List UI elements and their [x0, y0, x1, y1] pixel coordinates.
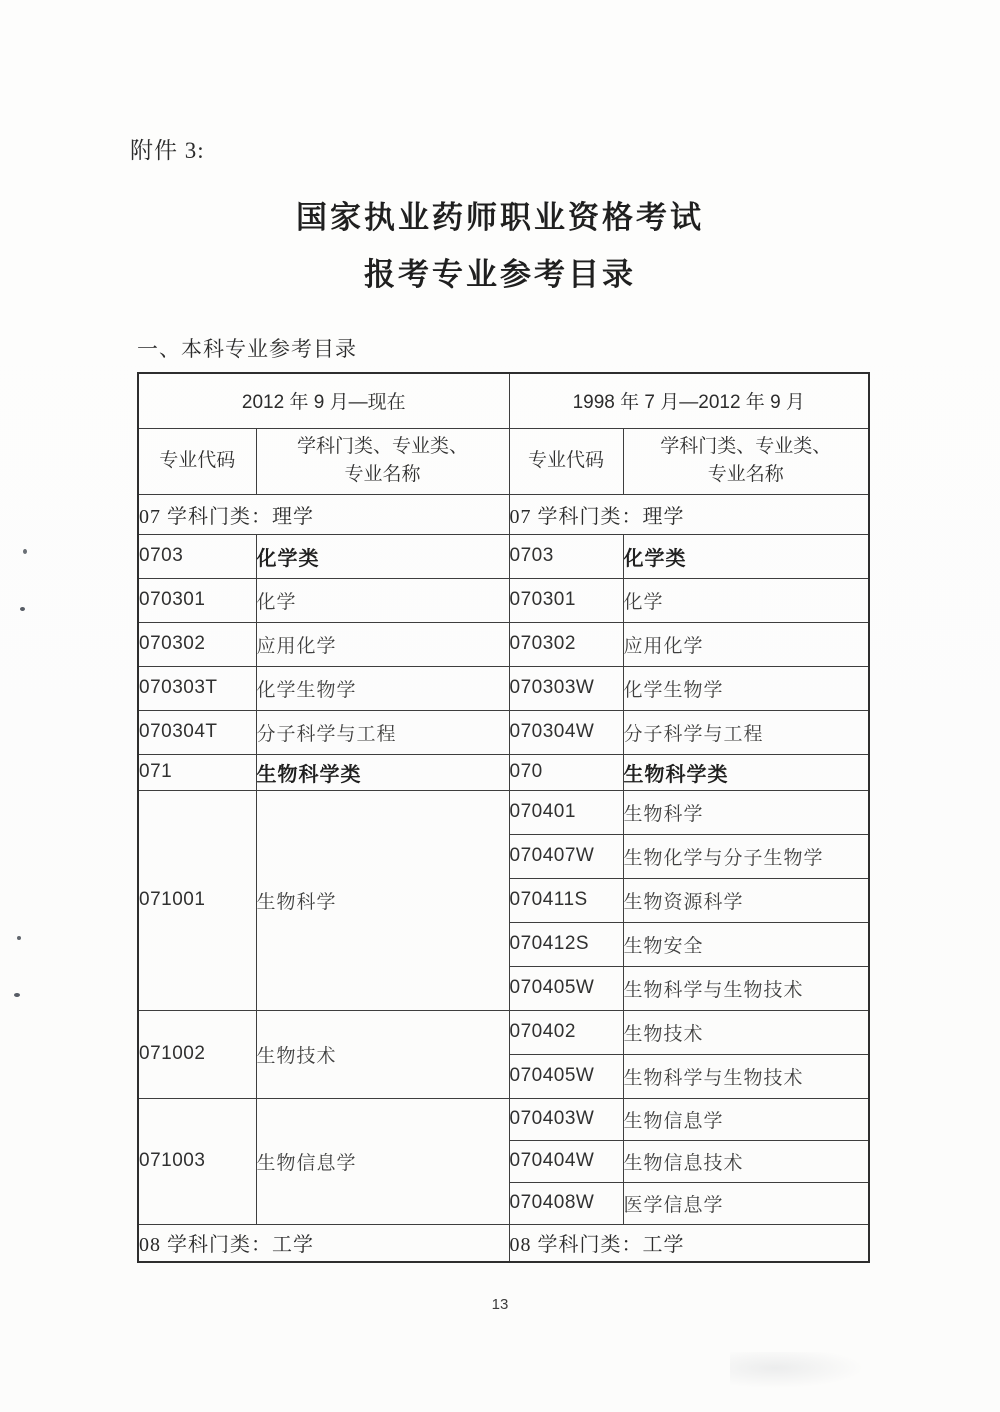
code-cell: 0703 [138, 534, 256, 578]
section-cell-left: 08 学科门类：工学 [138, 1224, 509, 1262]
page-number: 13 [0, 1296, 1000, 1313]
attachment-label: 附件 3: [130, 132, 205, 165]
code-cell: 070405W [509, 966, 623, 1010]
code-cell: 070 [509, 754, 623, 790]
name-cell: 生物信息技术 [623, 1140, 869, 1182]
column-header-name-line2: 专业名称 [624, 461, 869, 489]
code-cell: 070402 [509, 1010, 623, 1054]
column-header-code-left: 专业代码 [138, 428, 256, 494]
major-reference-table: 2012 年 9 月—现在 1998 年 7 月—2012 年 9 月 专业代码… [137, 372, 870, 1263]
name-cell: 化学 [623, 578, 869, 622]
column-header-row: 专业代码 学科门类、专业类、 专业名称 专业代码 学科门类、专业类、 专业名称 [138, 428, 869, 494]
period-header-left: 2012 年 9 月—现在 [138, 373, 509, 428]
table-row: 070303T 化学生物学 070303W 化学生物学 [138, 666, 869, 710]
code-cell: 070407W [509, 834, 623, 878]
name-cell: 生物技术 [256, 1010, 509, 1098]
name-cell: 分子科学与工程 [623, 710, 869, 754]
code-cell: 070405W [509, 1054, 623, 1098]
code-cell: 070412S [509, 922, 623, 966]
name-cell: 生物信息学 [623, 1098, 869, 1140]
code-cell: 070411S [509, 878, 623, 922]
code-cell: 071001 [138, 790, 256, 1010]
name-cell: 生物化学与分子生物学 [623, 834, 869, 878]
code-cell: 070301 [509, 578, 623, 622]
scan-speck [23, 549, 27, 554]
table-row: 070302 应用化学 070302 应用化学 [138, 622, 869, 666]
name-cell: 医学信息学 [623, 1182, 869, 1224]
period-header-row: 2012 年 9 月—现在 1998 年 7 月—2012 年 9 月 [138, 373, 869, 428]
table-row: 070304T 分子科学与工程 070304W 分子科学与工程 [138, 710, 869, 754]
code-cell: 071003 [138, 1098, 256, 1224]
name-cell: 分子科学与工程 [256, 710, 509, 754]
name-cell: 生物科学 [623, 790, 869, 834]
code-cell: 071 [138, 754, 256, 790]
section-cell-left: 07 学科门类：理学 [138, 494, 509, 534]
document-page: 附件 3: 国家执业药师职业资格考试 报考专业参考目录 一、本科专业参考目录 2… [0, 0, 1000, 1412]
name-cell: 应用化学 [623, 622, 869, 666]
name-cell: 生物科学类 [623, 754, 869, 790]
table-row: 071 生物科学类 070 生物科学类 [138, 754, 869, 790]
column-header-name-line1: 学科门类、专业类、 [257, 433, 509, 461]
name-cell: 生物信息学 [256, 1098, 509, 1224]
code-cell: 070408W [509, 1182, 623, 1224]
column-header-name-right: 学科门类、专业类、 专业名称 [623, 428, 869, 494]
name-cell: 生物科学与生物技术 [623, 966, 869, 1010]
code-cell: 0703 [509, 534, 623, 578]
name-cell: 生物技术 [623, 1010, 869, 1054]
section-cell-right: 08 学科门类：工学 [509, 1224, 869, 1262]
period-header-right: 1998 年 7 月—2012 年 9 月 [509, 373, 869, 428]
name-cell: 化学类 [256, 534, 509, 578]
table-row: 0703 化学类 0703 化学类 [138, 534, 869, 578]
code-cell: 070302 [509, 622, 623, 666]
name-cell: 生物科学类 [256, 754, 509, 790]
code-cell: 070304T [138, 710, 256, 754]
name-cell: 应用化学 [256, 622, 509, 666]
section-heading: 一、本科专业参考目录 [137, 333, 357, 363]
scan-speck [17, 936, 21, 940]
code-cell: 070302 [138, 622, 256, 666]
scan-noise [730, 1352, 880, 1392]
table-row: 070301 化学 070301 化学 [138, 578, 869, 622]
section-cell-right: 07 学科门类：理学 [509, 494, 869, 534]
column-header-name-line2: 专业名称 [257, 461, 509, 489]
document-title-line1: 国家执业药师职业资格考试 [0, 192, 1000, 237]
code-cell: 070303T [138, 666, 256, 710]
section-row: 08 学科门类：工学 08 学科门类：工学 [138, 1224, 869, 1262]
code-cell: 070401 [509, 790, 623, 834]
scan-speck [14, 993, 20, 997]
name-cell: 生物科学与生物技术 [623, 1054, 869, 1098]
scan-speck [20, 607, 25, 611]
column-header-code-right: 专业代码 [509, 428, 623, 494]
code-cell: 070403W [509, 1098, 623, 1140]
code-cell: 070304W [509, 710, 623, 754]
table-row: 071001 生物科学 070401 生物科学 [138, 790, 869, 834]
name-cell: 生物资源科学 [623, 878, 869, 922]
name-cell: 化学 [256, 578, 509, 622]
code-cell: 071002 [138, 1010, 256, 1098]
column-header-name-left: 学科门类、专业类、 专业名称 [256, 428, 509, 494]
name-cell: 生物安全 [623, 922, 869, 966]
document-title-line2: 报考专业参考目录 [0, 249, 1000, 294]
name-cell: 化学类 [623, 534, 869, 578]
code-cell: 070301 [138, 578, 256, 622]
table-row: 071003 生物信息学 070403W 生物信息学 [138, 1098, 869, 1140]
code-cell: 070303W [509, 666, 623, 710]
code-cell: 070404W [509, 1140, 623, 1182]
name-cell: 生物科学 [256, 790, 509, 1010]
section-row: 07 学科门类：理学 07 学科门类：理学 [138, 494, 869, 534]
table-row: 071002 生物技术 070402 生物技术 [138, 1010, 869, 1054]
name-cell: 化学生物学 [623, 666, 869, 710]
name-cell: 化学生物学 [256, 666, 509, 710]
column-header-name-line1: 学科门类、专业类、 [624, 433, 869, 461]
